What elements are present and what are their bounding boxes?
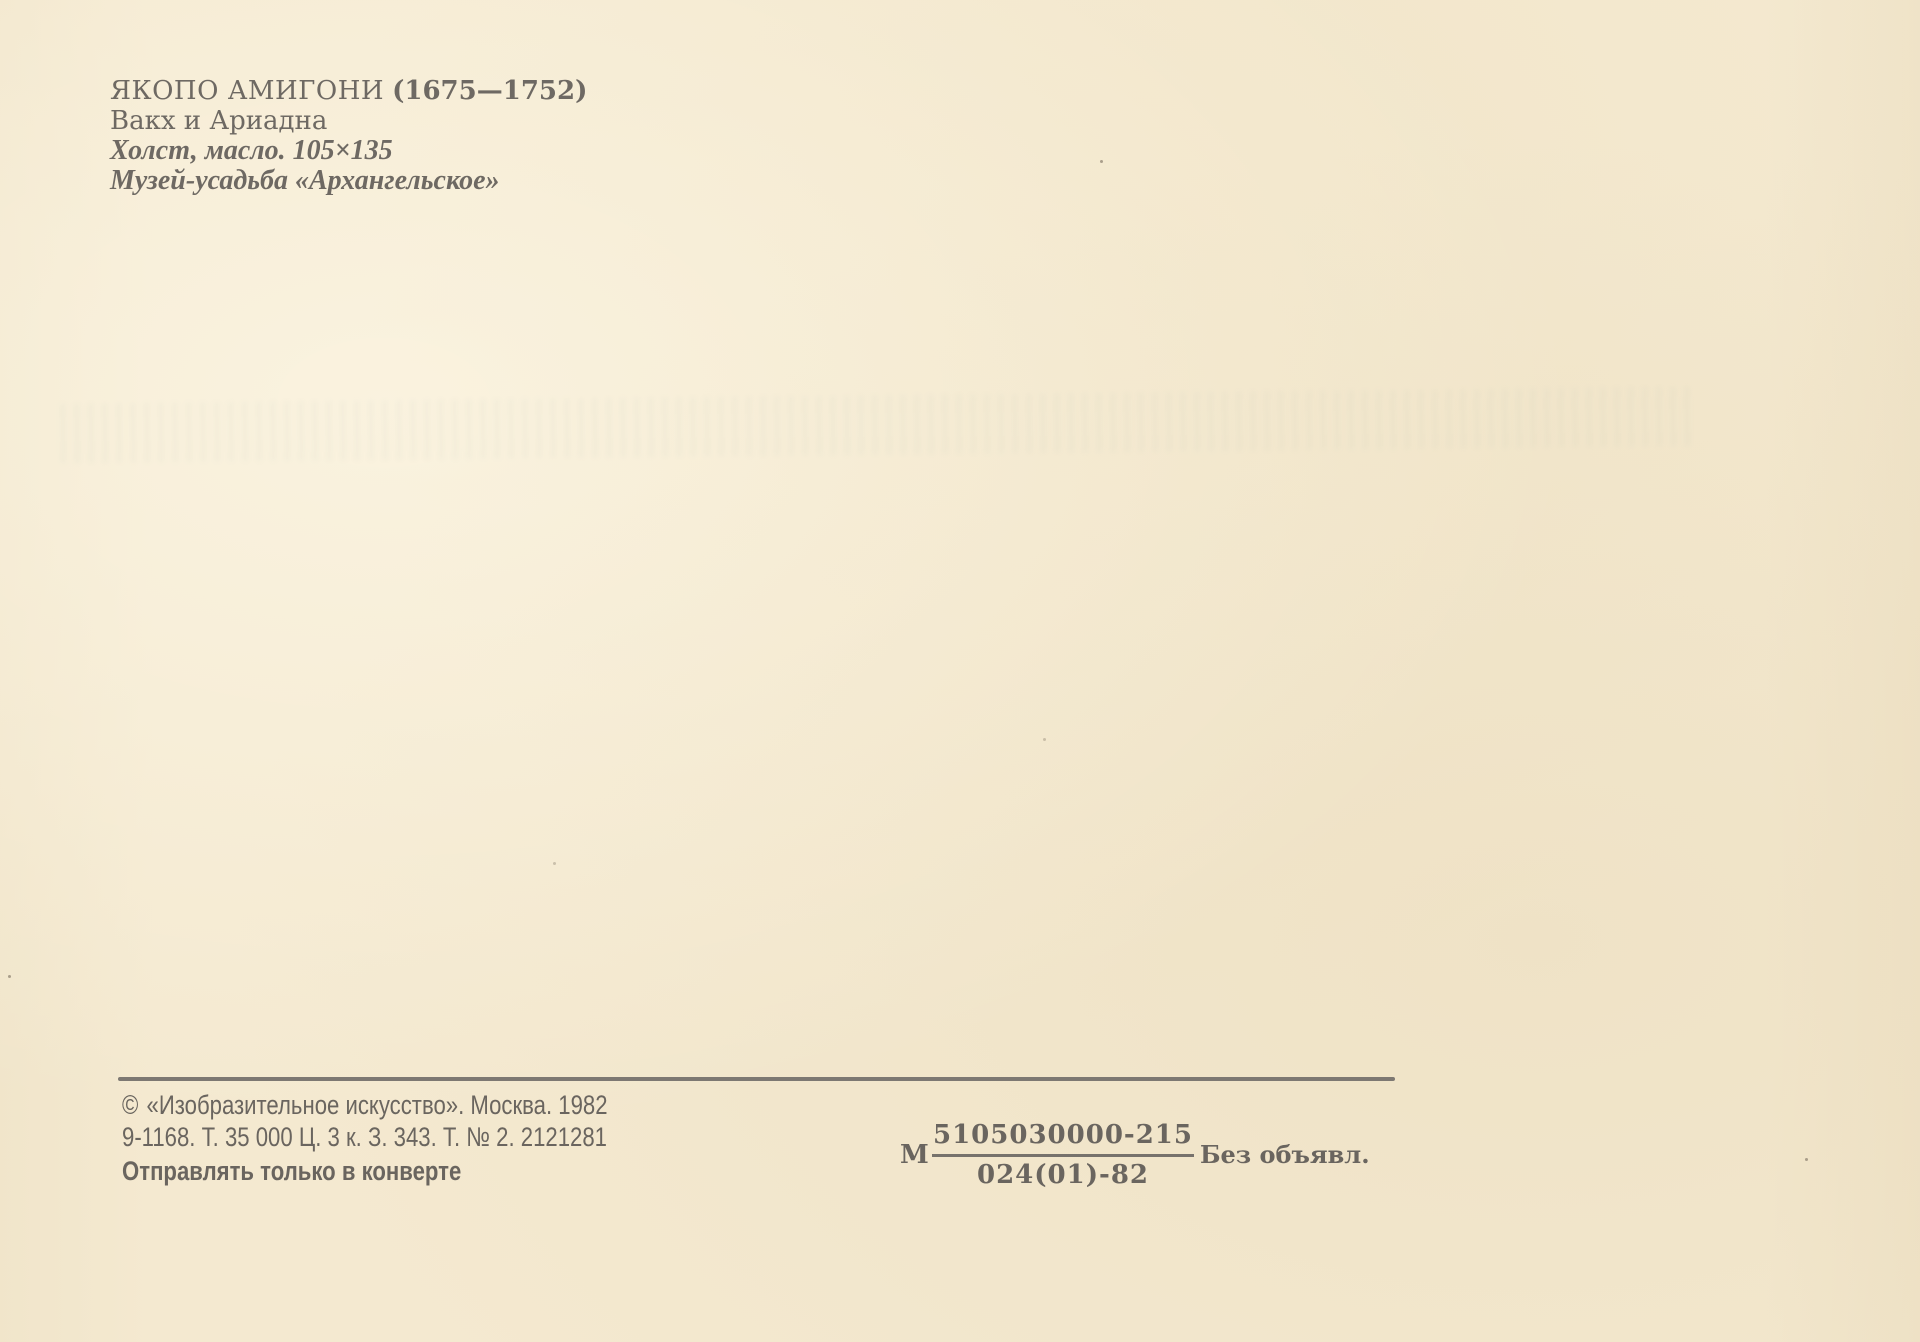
publisher-line: ©«Изобразительное искусство». Москва. 19… [122, 1090, 608, 1121]
copyright-icon: © [122, 1090, 138, 1121]
index-prefix: М [900, 1140, 929, 1170]
artist-name: ЯКОПО АМИГОНИ [110, 76, 384, 106]
artwork-caption: ЯКОПО АМИГОНИ(1675—1752) Вакх и Ариадна … [110, 76, 587, 196]
paper-speck [1043, 738, 1046, 741]
paper-speck [1805, 1158, 1808, 1161]
print-details: 9-1168. Т. 35 000 Ц. 3 к. З. 343. Т. № 2… [122, 1122, 607, 1153]
divider-rule [118, 1077, 1395, 1081]
paper-speck [1100, 160, 1103, 163]
index-denominator: 024(01)-82 [932, 1159, 1194, 1191]
medium-and-size: Холст, масло. 105×135 [110, 136, 587, 166]
paper-speck [553, 862, 556, 865]
index-fraction: 5105030000-215 024(01)-82 [932, 1118, 1194, 1191]
fraction-bar [932, 1154, 1194, 1157]
artist-dates: (1675—1752) [392, 76, 587, 106]
paper-speck [8, 975, 11, 978]
no-ads-note: Без объявл. [1200, 1140, 1370, 1169]
artist-line: ЯКОПО АМИГОНИ(1675—1752) [110, 76, 587, 106]
mailing-note: Отправлять только в конверте [122, 1156, 461, 1187]
index-numerator: 5105030000-215 [932, 1118, 1194, 1152]
museum-name: Музей-усадьба «Архангельское» [110, 166, 587, 196]
bleed-through-smudge [60, 386, 1691, 463]
postcard-back: ЯКОПО АМИГОНИ(1675—1752) Вакх и Ариадна … [0, 0, 1920, 1342]
painting-title: Вакх и Ариадна [110, 106, 587, 136]
publisher-text: «Изобразительное искусство». Москва. 198… [147, 1090, 608, 1120]
